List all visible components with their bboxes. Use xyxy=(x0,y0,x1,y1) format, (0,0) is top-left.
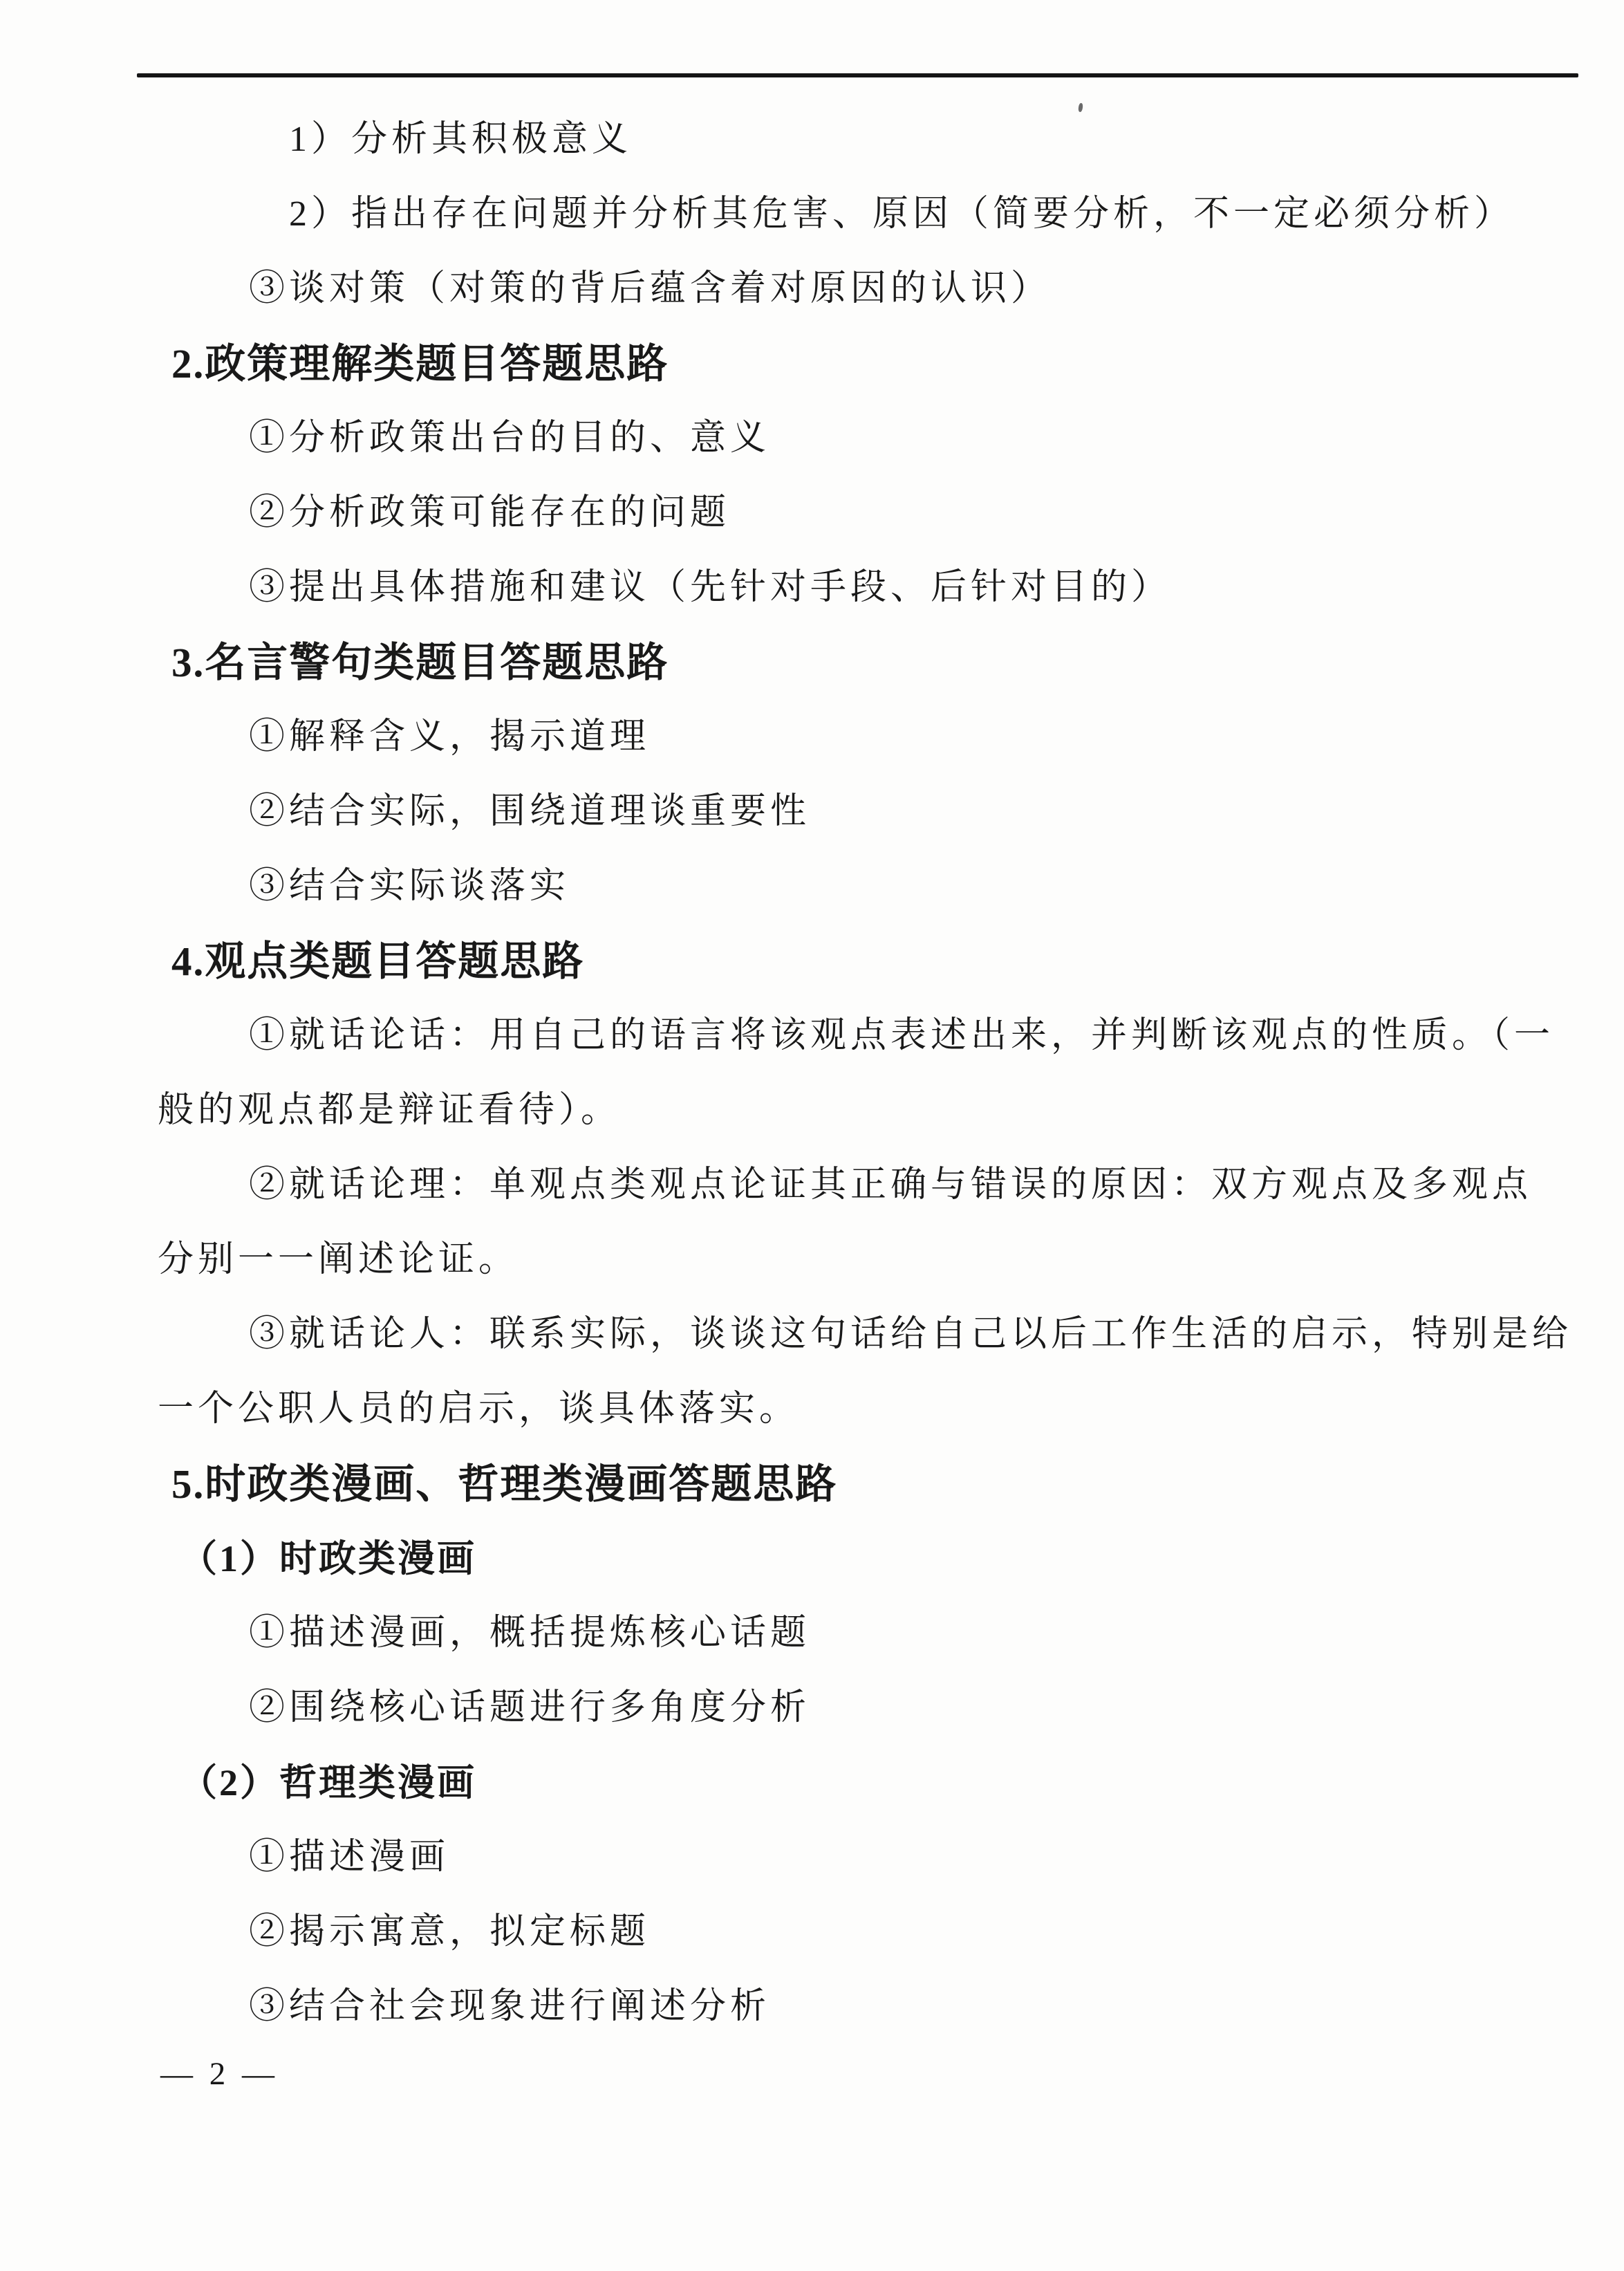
circled-list-item: ③结合社会现象进行阐述分析 xyxy=(0,1969,1624,2044)
circled-list-item: ①描述漫画 xyxy=(0,1820,1624,1895)
page-top-rule xyxy=(137,73,1578,77)
numbered-sub-item: 1）分析其积极意义 xyxy=(0,102,1624,177)
paragraph-continuation: 分别一一阐述论证。 xyxy=(0,1223,1624,1297)
paragraph-continuation: 般的观点都是辩证看待）。 xyxy=(0,1073,1624,1148)
document-page: 1）分析其积极意义2）指出存在问题并分析其危害、原因（简要分析，不一定必须分析）… xyxy=(0,0,1624,2271)
circled-list-item: ③谈对策（对策的背后蕴含着对原因的认识） xyxy=(0,252,1624,326)
section-heading: 3.名言警句类题目答题思路 xyxy=(0,625,1624,700)
circled-list-item: ①就话论话：用自己的语言将该观点表述出来，并判断该观点的性质。（一 xyxy=(0,999,1624,1073)
circled-list-item: ①解释含义，揭示道理 xyxy=(0,700,1624,775)
circled-list-item: ②揭示寓意，拟定标题 xyxy=(0,1895,1624,1969)
circled-list-item: ①分析政策出台的目的、意义 xyxy=(0,401,1624,476)
section-heading: 2.政策理解类题目答题思路 xyxy=(0,326,1624,401)
sub-section-heading: （2）哲理类漫画 xyxy=(0,1745,1624,1820)
section-heading: 5.时政类漫画、哲理类漫画答题思路 xyxy=(0,1447,1624,1521)
circled-list-item: ①描述漫画，概括提炼核心话题 xyxy=(0,1596,1624,1671)
section-heading: 4.观点类题目答题思路 xyxy=(0,924,1624,999)
circled-list-item: ②就话论理：单观点类观点论证其正确与错误的原因：双方观点及多观点 xyxy=(0,1148,1624,1223)
paragraph-continuation: 一个公职人员的启示，谈具体落实。 xyxy=(0,1372,1624,1447)
circled-list-item: ③就话论人：联系实际，谈谈这句话给自己以后工作生活的启示，特别是给 xyxy=(0,1297,1624,1372)
sub-section-heading: （1）时政类漫画 xyxy=(0,1521,1624,1596)
document-body: 1）分析其积极意义2）指出存在问题并分析其危害、原因（简要分析，不一定必须分析）… xyxy=(0,102,1624,2044)
numbered-sub-item: 2）指出存在问题并分析其危害、原因（简要分析，不一定必须分析） xyxy=(0,177,1624,252)
circled-list-item: ③结合实际谈落实 xyxy=(0,849,1624,924)
circled-list-item: ③提出具体措施和建议（先针对手段、后针对目的） xyxy=(0,550,1624,625)
circled-list-item: ②结合实际，围绕道理谈重要性 xyxy=(0,775,1624,849)
page-number: — 2 — xyxy=(160,2055,279,2093)
circled-list-item: ②分析政策可能存在的问题 xyxy=(0,476,1624,550)
circled-list-item: ②围绕核心话题进行多角度分析 xyxy=(0,1671,1624,1745)
